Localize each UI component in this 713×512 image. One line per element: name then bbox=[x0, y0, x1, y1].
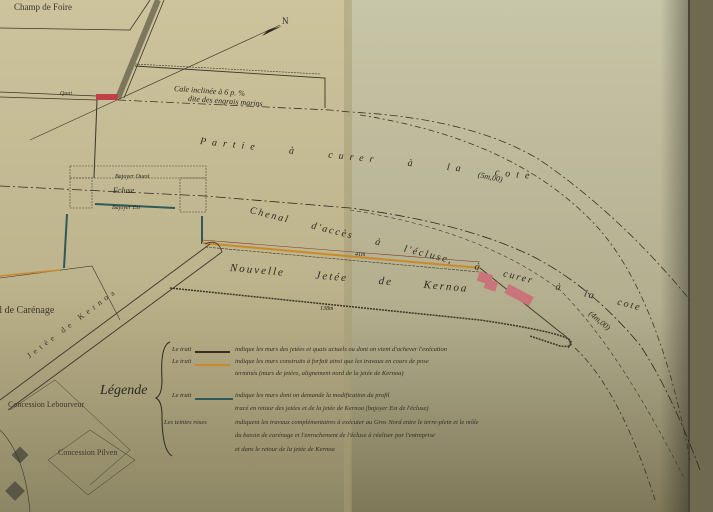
label-bajoyer-est: Bajoyer Est bbox=[112, 205, 140, 211]
legend-entry-text: et dans le retour de la jetée de Kernoa bbox=[235, 446, 335, 453]
legend-swatch-blue bbox=[195, 398, 233, 400]
historical-harbor-map: Champ de Foire N Cale inclinée à 6 p. % … bbox=[0, 0, 713, 512]
label-concession-lebourveur: Concession Lebourveur bbox=[8, 400, 84, 409]
legend-entry-label: Le trait bbox=[172, 392, 191, 399]
legend-entry-label: Le trait bbox=[172, 346, 191, 353]
label-dimension-top: 41m bbox=[355, 252, 365, 258]
legend-entry-text: indique les murs dont on demande la modi… bbox=[235, 392, 390, 399]
label-bajoyer-ouest: Bajoyer Ouest bbox=[115, 174, 150, 180]
legend-entry-text: indique les murs des jetées et quais act… bbox=[235, 346, 447, 353]
legend-entry-text: du bassin de carénage et l'enrochement d… bbox=[235, 432, 435, 439]
legend-entry-label: Les teintes roses bbox=[164, 419, 207, 426]
label-dimension-bottom: 138m bbox=[320, 306, 333, 312]
legend-entry-text: terminés (murs de jetées, alignement nor… bbox=[235, 370, 404, 377]
legend-entry-text: indique les murs construits à forfait ai… bbox=[235, 358, 429, 365]
legend-entry-text: indiquent les travaux complémentaires à … bbox=[235, 419, 479, 426]
label-carenage: Gril de Carénage bbox=[0, 305, 54, 316]
legend-swatch-dark bbox=[195, 351, 230, 353]
label-ecluse: Ecluse bbox=[113, 186, 134, 195]
legend-swatch-orange bbox=[195, 364, 230, 366]
legend-entry-label: Le trait bbox=[172, 358, 191, 365]
north-arrow-label: N bbox=[282, 16, 289, 26]
legend-entry-text: tracé en retour des jetées et de la jeté… bbox=[235, 405, 429, 412]
label-quai: Quai bbox=[60, 91, 72, 97]
legend-title: Légende bbox=[100, 383, 147, 399]
label-concession-pilven: Concession Pilven bbox=[58, 448, 117, 457]
label-champ-de-foire: Champ de Foire bbox=[14, 2, 72, 12]
